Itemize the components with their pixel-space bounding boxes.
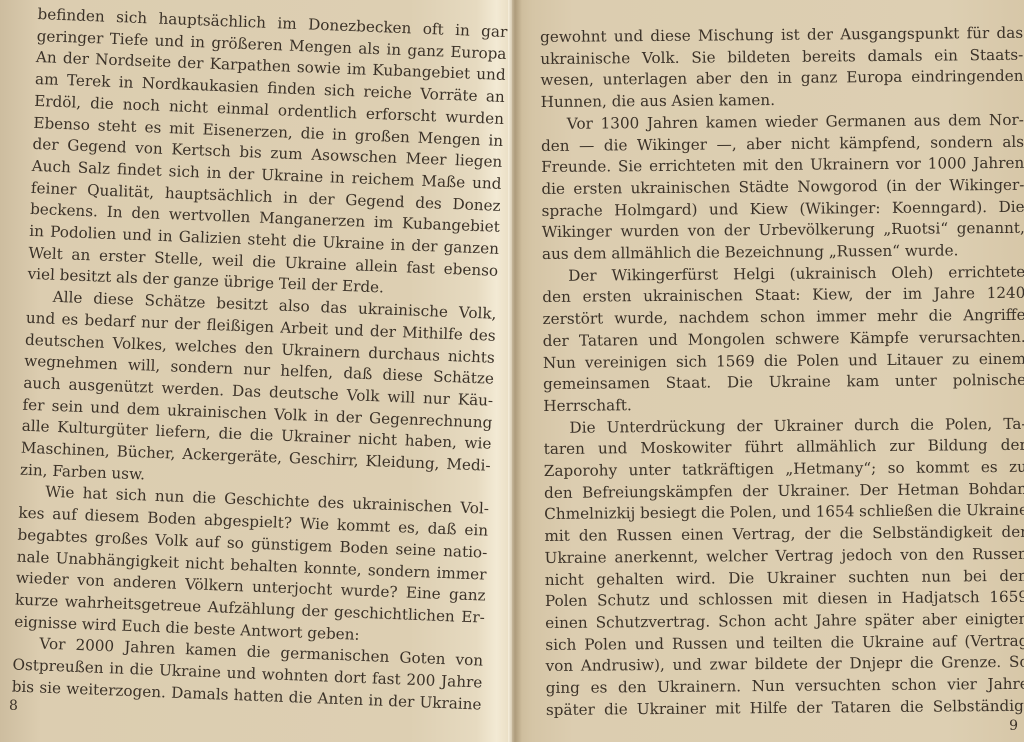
text-line: später die Ukrainer mit Hilfe der Tatare… (546, 696, 1024, 722)
right-page-text: gewohnt und diese Mischung ist der Ausga… (540, 23, 1024, 722)
left-page-text: befinden sich hauptsächlich im Donezbeck… (11, 4, 507, 716)
left-page-number: 8 (9, 698, 18, 714)
right-page: gewohnt und diese Mischung ist der Ausga… (512, 0, 1024, 742)
text-line: wesen, unterlagen aber den in ganz Europ… (540, 66, 1023, 92)
right-page-number: 9 (1009, 718, 1018, 734)
book-spread: befinden sich hauptsächlich im Donezbeck… (0, 0, 1024, 742)
text-line: gemeinsamen Staat. Die Ukraine kam unter… (543, 370, 1024, 396)
book-gutter (508, 0, 522, 742)
left-page: befinden sich hauptsächlich im Donezbeck… (0, 0, 512, 742)
